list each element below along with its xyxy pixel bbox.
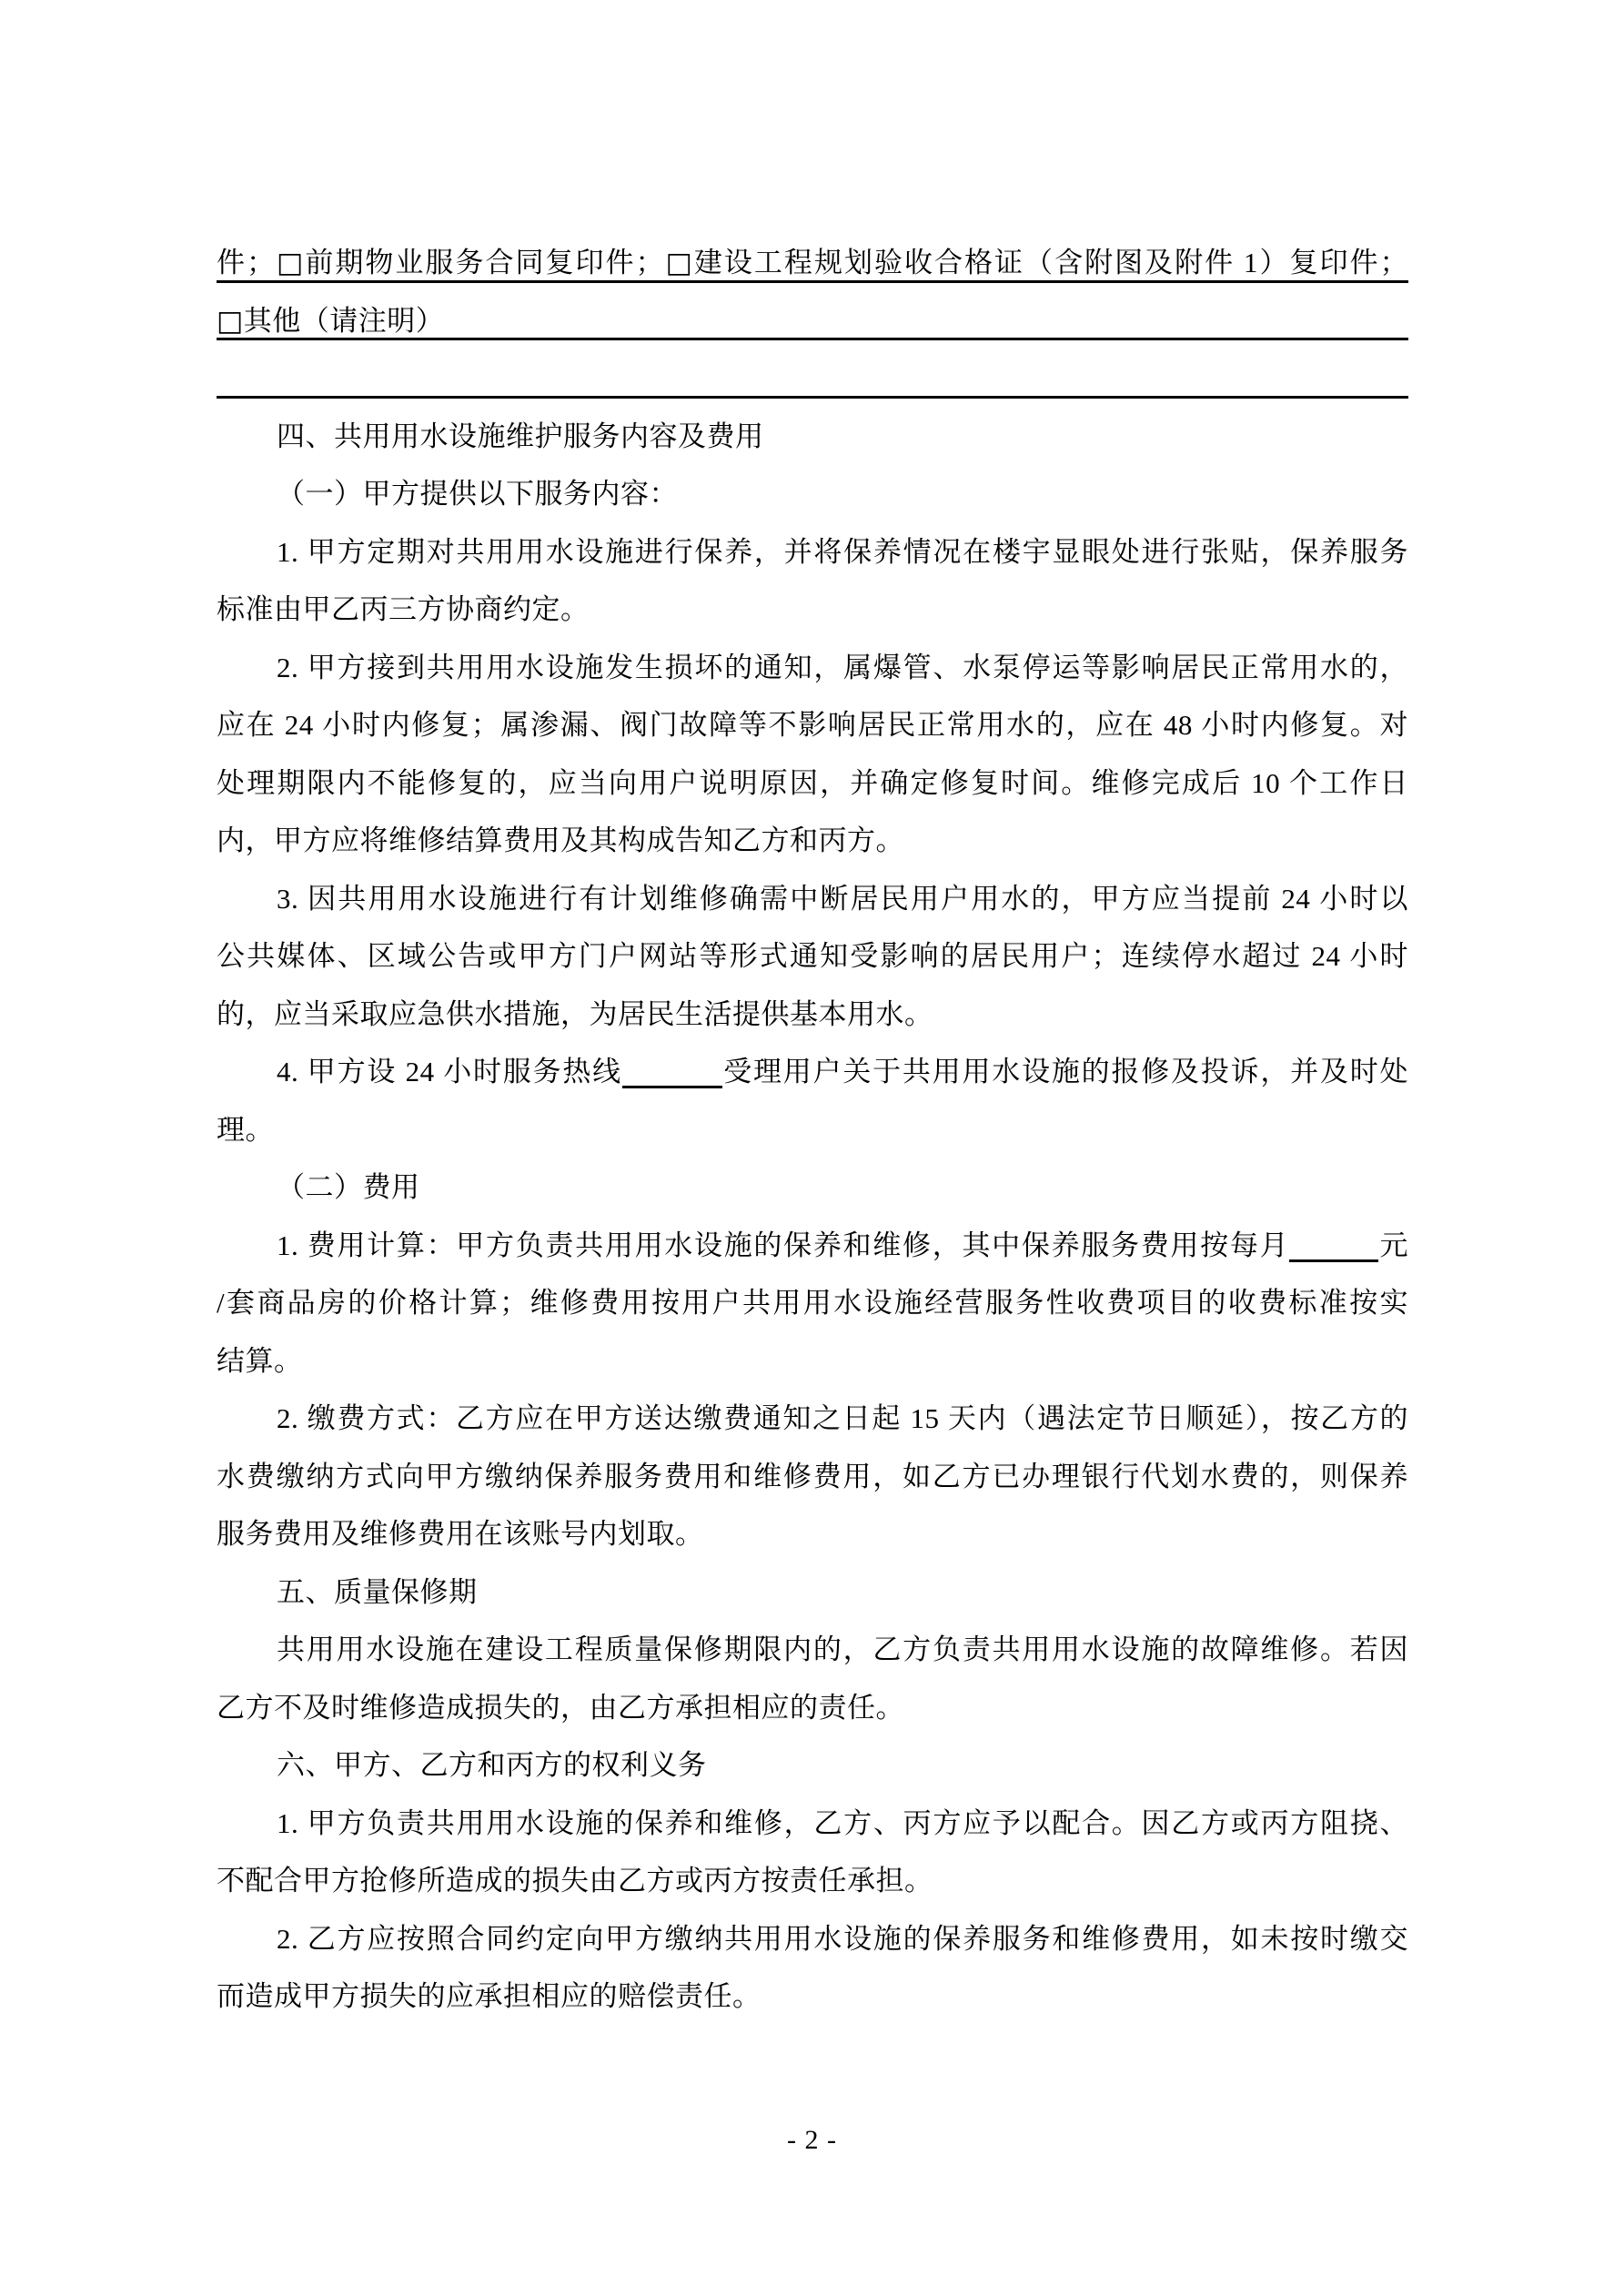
section-6-heading: 六、甲方、乙方和丙方的权利义务 [217, 1727, 1408, 1785]
other-attachment-line: □其他（请注明） [217, 283, 1408, 341]
text-run: 结算。 [217, 1345, 303, 1377]
fill-in-blank [622, 1086, 722, 1088]
text-run: 2. 甲方接到共用用水设施发生损坏的通知，属爆管、水泵停运等影响居民正常用水的， [277, 652, 1408, 683]
text-run: 乙方不及时维修造成损失的，由乙方承担相应的责任。 [217, 1692, 904, 1724]
text-run: 1. 甲方定期对共用用水设施进行保养，并将保养情况在楼宇显眼处进行张贴，保养服务 [277, 536, 1408, 568]
clause-4-2-2-line-1: 2. 缴费方式：乙方应在甲方送达缴费通知之日起 15 天内（遇法定节日顺延），按… [217, 1381, 1408, 1439]
section-5-body-line-2: 乙方不及时维修造成损失的，由乙方承担相应的责任。 [217, 1670, 1408, 1728]
clause-4-2-2-line-3: 服务费用及维修费用在该账号内划取。 [217, 1496, 1408, 1554]
text-run: 共用用水设施在建设工程质量保修期限内的，乙方负责共用用水设施的故障维修。若因 [277, 1633, 1408, 1665]
text-run: 2. 乙方应按照合同约定向甲方缴纳共用用水设施的保养服务和维修费用，如未按时缴交 [277, 1923, 1408, 1955]
text-run: 公共媒体、区域公告或甲方门户网站等形式通知受影响的居民用户；连续停水超过 24 … [217, 940, 1408, 972]
clause-6-2-line-2: 而造成甲方损失的应承担相应的赔偿责任。 [217, 1958, 1408, 2017]
clause-4-1-4-line-1: 4. 甲方设 24 小时服务热线受理用户关于共用用水设施的报修及投诉，并及时处 [217, 1034, 1408, 1092]
text-run: （一）甲方提供以下服务内容： [277, 478, 678, 510]
text-run: 理。 [217, 1114, 274, 1146]
document-body: 件；□前期物业服务合同复印件；□建设工程规划验收合格证（含附图及附件 1）复印件… [217, 225, 1408, 2017]
page-number: - 2 - [0, 2125, 1624, 2156]
text-run: 五、质量保修期 [277, 1576, 478, 1608]
text-run: 元 [1378, 1229, 1408, 1261]
clause-4-1-4-line-2: 理。 [217, 1092, 1408, 1150]
text-run: 受理用户关于共用用水设施的报修及投诉，并及时处 [722, 1056, 1408, 1087]
clause-6-2-line-1: 2. 乙方应按照合同约定向甲方缴纳共用用水设施的保养服务和维修费用，如未按时缴交 [217, 1901, 1408, 1959]
text-run: 应在 24 小时内修复；属渗漏、阀门故障等不影响居民正常用水的，应在 48 小时… [217, 709, 1408, 741]
text-run: 的，应当采取应急供水措施，为居民生活提供基本用水。 [217, 998, 933, 1030]
clause-4-1-2-line-3: 处理期限内不能修复的，应当向用户说明原因，并确定修复时间。维修完成后 10 个工… [217, 745, 1408, 804]
fill-in-blank [1289, 1259, 1378, 1262]
text-run: 而造成甲方损失的应承担相应的赔偿责任。 [217, 1980, 762, 2012]
section-5-heading: 五、质量保修期 [217, 1554, 1408, 1613]
text-run: 水费缴纳方式向甲方缴纳保养服务费用和维修费用，如乙方已办理银行代划水费的，则保养 [217, 1461, 1408, 1492]
clause-4-2-1-line-3: 结算。 [217, 1323, 1408, 1381]
clause-4-2-1-line-1: 1. 费用计算：甲方负责共用用水设施的保养和维修，其中保养服务费用按每月元 [217, 1208, 1408, 1266]
text-run: /套商品房的价格计算；维修费用按用户共用用水设施经营服务性收费项目的收费标准按实 [217, 1287, 1408, 1319]
text-run: 四、共用用水设施维护服务内容及费用 [277, 420, 764, 452]
text-run: 2. 缴费方式：乙方应在甲方送达缴费通知之日起 15 天内（遇法定节日顺延），按… [277, 1402, 1408, 1434]
section-4-sub-1-heading: （一）甲方提供以下服务内容： [217, 456, 1408, 514]
attachments-continuation-line: 件；□前期物业服务合同复印件；□建设工程规划验收合格证（含附图及附件 1）复印件… [217, 225, 1408, 283]
text-run: 1. 费用计算：甲方负责共用用水设施的保养和维修，其中保养服务费用按每月 [277, 1229, 1289, 1261]
text-run: 其他（请注明） [244, 305, 445, 337]
clause-4-1-2-line-2: 应在 24 小时内修复；属渗漏、阀门故障等不影响居民正常用水的，应在 48 小时… [217, 687, 1408, 745]
clause-6-1-line-1: 1. 甲方负责共用用水设施的保养和维修，乙方、丙方应予以配合。因乙方或丙方阻挠、 [217, 1785, 1408, 1844]
clause-4-1-2-line-4: 内，甲方应将维修结算费用及其构成告知乙方和丙方。 [217, 803, 1408, 861]
clause-4-1-3-line-1: 3. 因共用用水设施进行有计划维修确需中断居民用户用水的，甲方应当提前 24 小… [217, 861, 1408, 919]
clause-4-1-2-line-1: 2. 甲方接到共用用水设施发生损坏的通知，属爆管、水泵停运等影响居民正常用水的， [217, 630, 1408, 688]
text-run: 服务费用及维修费用在该账号内划取。 [217, 1518, 704, 1550]
text-run: 建设工程规划验收合格证（含附图及附件 1）复印件； [694, 247, 1408, 278]
clause-4-1-1-line-1: 1. 甲方定期对共用用水设施进行保养，并将保养情况在楼宇显眼处进行张贴，保养服务 [217, 514, 1408, 572]
text-run: 不配合甲方抢修所造成的损失由乙方或丙方按责任承担。 [217, 1865, 933, 1896]
checkbox-icon: □ [664, 247, 694, 279]
checkbox-icon: □ [217, 305, 244, 338]
clause-6-1-line-2: 不配合甲方抢修所造成的损失由乙方或丙方按责任承担。 [217, 1843, 1408, 1901]
text-run: 3. 因共用用水设施进行有计划维修确需中断居民用户用水的，甲方应当提前 24 小… [277, 883, 1408, 915]
clause-4-1-3-line-2: 公共媒体、区域公告或甲方门户网站等形式通知受影响的居民用户；连续停水超过 24 … [217, 918, 1408, 976]
clause-4-1-1-line-2: 标准由甲乙丙三方协商约定。 [217, 571, 1408, 630]
checkbox-icon: □ [276, 247, 306, 279]
clause-4-1-3-line-3: 的，应当采取应急供水措施，为居民生活提供基本用水。 [217, 976, 1408, 1035]
clause-4-2-1-line-2: /套商品房的价格计算；维修费用按用户共用用水设施经营服务性收费项目的收费标准按实 [217, 1265, 1408, 1323]
section-4-sub-2-heading: （二）费用 [217, 1149, 1408, 1208]
text-run: 六、甲方、乙方和丙方的权利义务 [277, 1749, 707, 1781]
clause-4-2-2-line-2: 水费缴纳方式向甲方缴纳保养服务费用和维修费用，如乙方已办理银行代划水费的，则保养 [217, 1439, 1408, 1497]
text-run: 处理期限内不能修复的，应当向用户说明原因，并确定修复时间。维修完成后 10 个工… [217, 767, 1408, 799]
text-run: 前期物业服务合同复印件； [305, 247, 664, 278]
section-4-heading: 四、共用用水设施维护服务内容及费用 [217, 399, 1408, 457]
text-run: 内，甲方应将维修结算费用及其构成告知乙方和丙方。 [217, 824, 904, 856]
text-run: （二）费用 [277, 1171, 420, 1203]
text-run: 4. 甲方设 24 小时服务热线 [277, 1056, 622, 1087]
text-run: 1. 甲方负责共用用水设施的保养和维修，乙方、丙方应予以配合。因乙方或丙方阻挠、 [277, 1807, 1408, 1839]
section-5-body-line-1: 共用用水设施在建设工程质量保修期限内的，乙方负责共用用水设施的故障维修。若因 [217, 1612, 1408, 1670]
text-run: 件； [217, 247, 276, 278]
text-run: 标准由甲乙丙三方协商约定。 [217, 593, 590, 625]
blank-underlined-line [217, 340, 1408, 399]
